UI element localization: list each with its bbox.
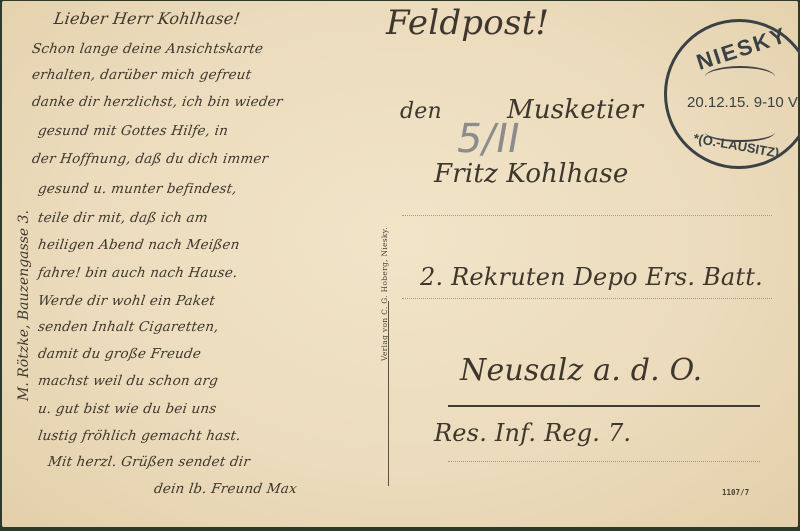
postmark-date: 20.12.15. 9-10 V. [687,94,800,111]
message-line: teile dir mit, daß ich am [37,210,209,226]
postcard-back: Lieber Herr Kohlhase! Schon lange deine … [2,1,798,527]
message-line: gesund u. munter befindest, [37,181,238,197]
margin-note: M. Rötzke, Bauzengasse 3. [16,210,32,401]
message-line: u. gut bist wie du bei uns [37,401,218,417]
address-line [402,215,772,216]
message-line: Schon lange deine Ansichtskarte [31,41,264,57]
recipient-unit: 2. Rekruten Depo Ers. Batt. [420,263,763,291]
feldpost-header: Feldpost! [386,3,549,43]
message-line: erhalten, darüber mich gefreut [31,67,253,83]
town-underline [448,405,760,407]
message-line: fahre! bin auch nach Hause. [37,265,239,281]
message-line: heiligen Abend nach Meißen [37,237,241,253]
postmark-arc [705,66,775,88]
message-line: senden Inhalt Cigaretten, [37,319,220,335]
den-label: den [400,99,442,124]
publisher-imprint: Verlag von C. G. Hoberg, Niesky. [380,227,389,361]
recipient-regiment: Res. Inf. Reg. 7. [434,419,631,447]
address-line [448,461,760,462]
message-line: damit du große Freude [37,346,202,362]
message-line: Werde dir wohl ein Paket [37,293,216,309]
message-line: der Hoffnung, daß du dich immer [31,151,270,167]
recipient-name: Fritz Kohlhase [434,159,628,189]
pencil-mark: 5/II [453,116,524,162]
address-line [402,298,772,299]
recipient-town: Neusalz a. d. O. [460,353,702,388]
signature: dein lb. Freund Max [153,481,298,497]
salutation: Lieber Herr Kohlhase! [53,9,242,28]
rank: Musketier [507,95,643,125]
print-code: 1107/7 [722,488,749,497]
message-line: lustig fröhlich gemacht hast. [37,428,242,444]
postmark: NIESKY 20.12.15. 9-10 V. *(O.-LAUSITZ) [664,19,800,169]
message-line: Mit herzl. Grüßen sendet dir [47,454,251,470]
message-line: machst weil du schon arg [37,373,219,389]
message-line: danke dir herzlichst, ich bin wieder [31,94,284,110]
message-line: gesund mit Gottes Hilfe, in [37,123,229,139]
